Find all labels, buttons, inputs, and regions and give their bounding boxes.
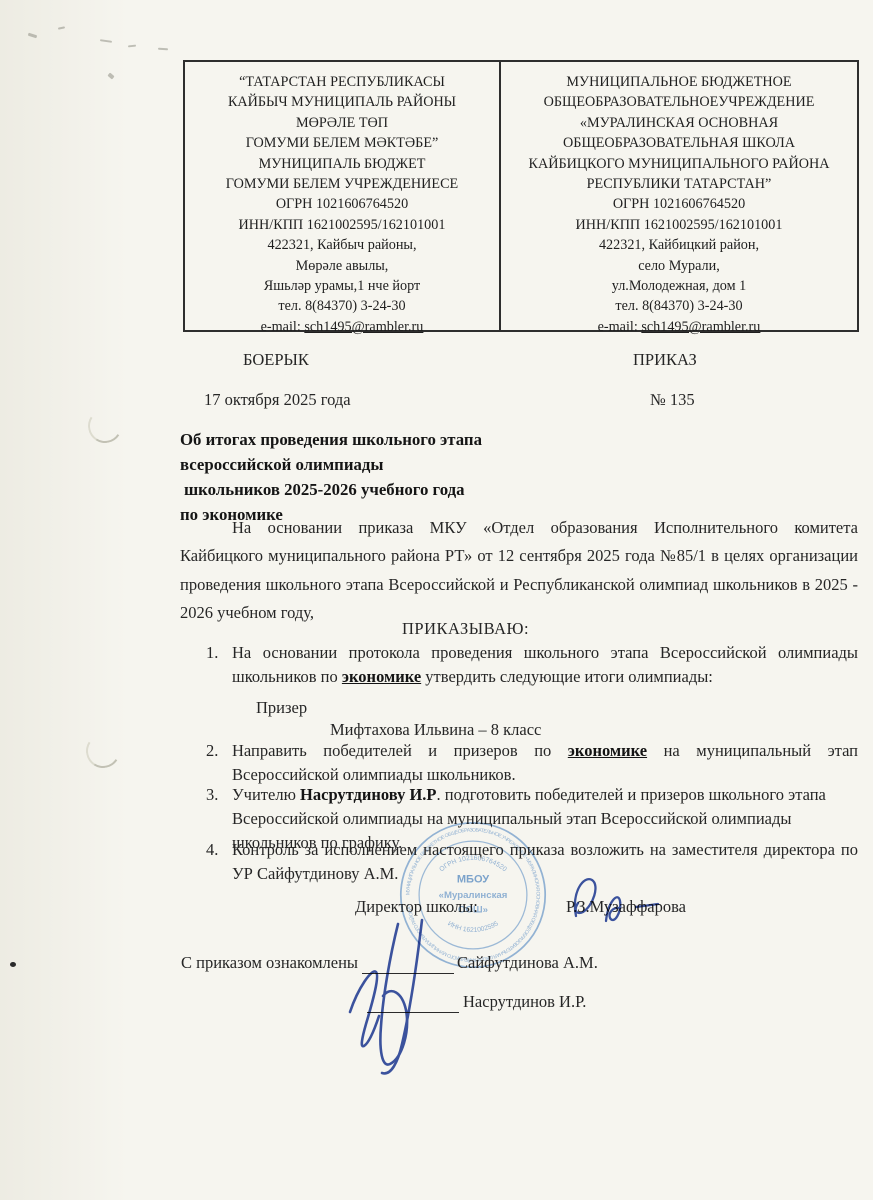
letterhead-email-line: e-mail: sch1495@rambler.ru <box>185 317 499 337</box>
letterhead-address-line: 422321, Кайбыч районы, <box>185 235 499 255</box>
letterhead-russian-column: МУНИЦИПАЛЬНОЕ БЮДЖЕТНОЕ ОБЩЕОБРАЗОВАТЕЛЬ… <box>501 62 857 330</box>
letterhead-address-line: 422321, Кайбицкий район, <box>501 235 857 255</box>
pencil-mark <box>100 39 112 43</box>
letterhead-address-line: Мөрәле авылы, <box>185 256 499 276</box>
order-number: № 135 <box>650 390 695 410</box>
letterhead-line: МУНИЦИПАЛЬ БЮДЖЕТ <box>185 154 499 174</box>
letterhead-phone: тел. 8(84370) 3-24-30 <box>501 296 857 316</box>
letterhead-address-line: Яшьләр урамы,1 нче йорт <box>185 276 499 296</box>
letterhead-line: МУНИЦИПАЛЬНОЕ БЮДЖЕТНОЕ <box>501 72 857 92</box>
email-label: e-mail: <box>261 319 305 335</box>
letterhead-ogrn: ОГРН 1021606764520 <box>185 194 499 214</box>
letterhead-phone: тел. 8(84370) 3-24-30 <box>185 296 499 316</box>
pencil-mark <box>128 45 136 48</box>
letterhead-line: РЕСПУБЛИКИ ТАТАРСТАН” <box>501 174 857 194</box>
subject-line: Об итогах проведения школьного этапа <box>180 427 482 452</box>
email-address: sch1495@rambler.ru <box>641 319 760 335</box>
letterhead-address-line: село Мурали, <box>501 256 857 276</box>
letterhead-address-line: ул.Молодежная, дом 1 <box>501 276 857 296</box>
preamble-paragraph: На основании приказа МКУ «Отдел образова… <box>180 514 858 628</box>
pencil-mark <box>28 33 37 39</box>
letterhead-line: ГОМУМИ БЕЛЕМ МӘКТӘБЕ” <box>185 133 499 153</box>
hole-punch <box>83 731 123 771</box>
acknowledged-name-1: Сайфутдинова А.М. <box>457 953 598 973</box>
letterhead-ogrn: ОГРН 1021606764520 <box>501 194 857 214</box>
order-item-2: 2.Направить победителей и призеров по эк… <box>180 739 858 787</box>
item-text: Учителю <box>232 785 300 804</box>
item-emphasis: экономике <box>342 667 421 686</box>
email-address: sch1495@rambler.ru <box>304 319 423 335</box>
item-number: 3. <box>206 783 218 807</box>
stamp-center-line1: МБОУ <box>457 873 489 885</box>
pencil-mark <box>58 26 65 29</box>
letterhead-line: “ТАТАРСТАН РЕСПУБЛИКАСЫ <box>185 72 499 92</box>
teacher-signature <box>330 912 470 1087</box>
order-type-russian: ПРИКАЗ <box>633 350 697 370</box>
letterhead-line: ОБЩЕОБРАЗОВАТЕЛЬНАЯ ШКОЛА <box>501 133 857 153</box>
email-label: e-mail: <box>598 319 642 335</box>
order-item-1: 1.На основании протокола проведения школ… <box>180 641 858 689</box>
ink-dot <box>10 962 16 967</box>
item-text: утвердить следующие итоги олимпиады: <box>421 667 713 686</box>
acknowledged-name-2: Насрутдинов И.Р. <box>463 992 586 1012</box>
letterhead-inn-kpp: ИНН/КПП 1621002595/162101001 <box>501 215 857 235</box>
winner-category: Призер <box>256 698 307 718</box>
resolution-heading: ПРИКАЗЫВАЮ: <box>402 619 529 639</box>
hole-punch <box>85 406 125 446</box>
director-signature <box>560 866 680 942</box>
item-emphasis: Насрутдинову И.Р <box>300 785 436 804</box>
order-subject: Об итогах проведения школьного этапа все… <box>180 427 482 527</box>
item-number: 1. <box>206 641 218 665</box>
letterhead-inn-kpp: ИНН/КПП 1621002595/162101001 <box>185 215 499 235</box>
item-number: 4. <box>206 838 218 862</box>
item-emphasis: экономике <box>568 741 647 760</box>
letterhead-line: КАЙБИЦКОГО МУНИЦИПАЛЬНОГО РАЙОНА <box>501 154 857 174</box>
subject-line: всероссийской олимпиады <box>180 452 482 477</box>
order-date: 17 октября 2025 года <box>204 390 351 410</box>
svg-text:ОГРН 1021606764520: ОГРН 1021606764520 <box>438 855 508 874</box>
scanned-order-document: “ТАТАРСТАН РЕСПУБЛИКАСЫ КАЙБЫЧ МУНИЦИПАЛ… <box>0 0 873 1200</box>
letterhead-line: «МУРАЛИНСКАЯ ОСНОВНАЯ <box>501 113 857 133</box>
winner-name: Мифтахова Ильвина – 8 класс <box>330 720 541 740</box>
letterhead-email-line: e-mail: sch1495@rambler.ru <box>501 317 857 337</box>
letterhead-line: КАЙБЫЧ МУНИЦИПАЛЬ РАЙОНЫ <box>185 92 499 112</box>
item-text: Направить победителей и призеров по <box>232 741 568 760</box>
item-number: 2. <box>206 739 218 763</box>
subject-line: школьников 2025-2026 учебного года <box>180 477 482 502</box>
letterhead-tatar-column: “ТАТАРСТАН РЕСПУБЛИКАСЫ КАЙБЫЧ МУНИЦИПАЛ… <box>185 62 501 330</box>
pencil-mark <box>107 73 114 80</box>
letterhead-line: ОБЩЕОБРАЗОВАТЕЛЬНОЕУЧРЕЖДЕНИЕ <box>501 92 857 112</box>
letterhead-box: “ТАТАРСТАН РЕСПУБЛИКАСЫ КАЙБЫЧ МУНИЦИПАЛ… <box>183 60 859 332</box>
letterhead-line: МӨРӘЛЕ ТӨП <box>185 113 499 133</box>
letterhead-line: ГОМУМИ БЕЛЕМ УЧРЕЖДЕНИЕСЕ <box>185 174 499 194</box>
stamp-ogrn-arc: ОГРН 1021606764520 <box>438 855 508 874</box>
order-type-tatar: БОЕРЫК <box>243 350 309 370</box>
stamp-center-line2: «Муралинская <box>439 890 508 901</box>
pencil-mark <box>158 48 168 51</box>
